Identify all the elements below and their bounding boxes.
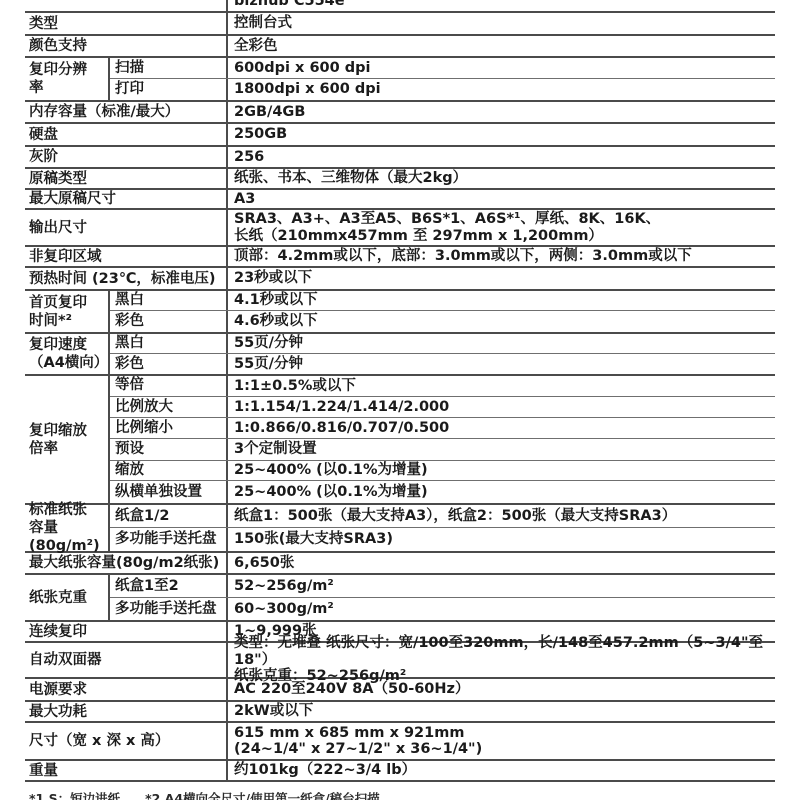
spec-label: 颜色支持 — [25, 36, 228, 56]
spec-label: 尺寸（宽 x 深 x 高） — [25, 723, 228, 759]
spec-subrows: 扫描600dpi x 600 dpi打印1800dpi x 600 dpi — [110, 58, 775, 100]
spec-label: 预热时间 (23℃，标准电压) — [25, 268, 228, 289]
spec-label: 自动双面器 — [25, 643, 228, 677]
spec-subrow: 纵横单独设置25~400% (以0.1%为增量) — [110, 481, 775, 503]
spec-sublabel: 彩色 — [110, 311, 228, 332]
spec-value: 1:1±0.5%或以下 — [228, 376, 775, 396]
spec-row: 复印缩放 倍率等倍1:1±0.5%或以下比例放大1:1.154/1.224/1.… — [25, 376, 775, 505]
spec-subrow: 纸盒1至252~256g/m² — [110, 575, 775, 598]
spec-row: bizhub C554e — [25, 0, 775, 13]
spec-row: 电源要求AC 220至240V 8A（50-60Hz） — [25, 679, 775, 702]
spec-value: 4.6秒或以下 — [228, 311, 775, 332]
spec-subrow: 彩色4.6秒或以下 — [110, 311, 775, 332]
spec-row: 输出尺寸SRA3、A3+、A3至A5、B6S*1、A6S*¹、厚纸、8K、16K… — [25, 210, 775, 247]
spec-sublabel: 比例缩小 — [110, 418, 228, 438]
spec-sublabel: 比例放大 — [110, 397, 228, 418]
spec-sublabel: 多功能手送托盘 — [110, 528, 228, 551]
spec-value: 6,650张 — [228, 553, 775, 573]
spec-value: 2kW或以下 — [228, 702, 775, 721]
spec-subrow: 比例放大1:1.154/1.224/1.414/2.000 — [110, 397, 775, 419]
spec-label — [25, 0, 228, 11]
spec-value: 全彩色 — [228, 36, 775, 56]
spec-value: AC 220至240V 8A（50-60Hz） — [228, 679, 775, 700]
spec-value: 纸张、书本、三维物体（最大2kg） — [228, 169, 775, 188]
spec-value: 615 mm x 685 mm x 921mm (24~1/4" x 27~1/… — [228, 723, 775, 759]
spec-row: 灰阶256 — [25, 147, 775, 169]
spec-subrow: 多功能手送托盘150张(最大支持SRA3) — [110, 528, 775, 551]
spec-value: 1800dpi x 600 dpi — [228, 79, 775, 100]
spec-value: 控制台式 — [228, 13, 775, 34]
spec-label: 复印速度 （A4横向） — [25, 334, 110, 374]
spec-label: 电源要求 — [25, 679, 228, 700]
spec-row: 尺寸（宽 x 深 x 高）615 mm x 685 mm x 921mm (24… — [25, 723, 775, 761]
spec-label: 首页复印 时间*² — [25, 291, 110, 332]
spec-value: 25~400% (以0.1%为增量) — [228, 461, 775, 481]
spec-value: 25~400% (以0.1%为增量) — [228, 481, 775, 503]
footnote: *1 S：短边进纸 *2 A4横向全尺寸/使用第一纸盒/稿台扫描 — [29, 789, 380, 800]
spec-row: 类型控制台式 — [25, 13, 775, 36]
spec-label: 最大原稿尺寸 — [25, 190, 228, 208]
spec-row: 重量约101kg（222~3/4 lb） — [25, 761, 775, 782]
spec-label: 重量 — [25, 761, 228, 780]
spec-row: 复印分辨 率扫描600dpi x 600 dpi打印1800dpi x 600 … — [25, 58, 775, 102]
spec-value: 1:0.866/0.816/0.707/0.500 — [228, 418, 775, 438]
spec-row: 自动双面器类型：无堆叠 纸张尺寸：宽/100至320mm，长/148至457.2… — [25, 643, 775, 679]
spec-sublabel: 预设 — [110, 439, 228, 460]
spec-label: 输出尺寸 — [25, 210, 228, 245]
spec-label: 标准纸张 容量(80g/m²) — [25, 505, 110, 551]
spec-row: 非复印区域顶部：4.2mm或以下，底部：3.0mm或以下，两侧：3.0mm或以下 — [25, 247, 775, 268]
spec-sublabel: 多功能手送托盘 — [110, 598, 228, 620]
spec-value: 1:1.154/1.224/1.414/2.000 — [228, 397, 775, 418]
spec-subrows: 纸盒1/2纸盒1：500张（最大支持A3），纸盒2：500张（最大支持SRA3）… — [110, 505, 775, 551]
spec-row: 首页复印 时间*²黑白4.1秒或以下彩色4.6秒或以下 — [25, 291, 775, 334]
spec-value: 类型：无堆叠 纸张尺寸：宽/100至320mm，长/148至457.2mm（5~… — [228, 643, 775, 677]
spec-subrows: 纸盒1至252~256g/m²多功能手送托盘60~300g/m² — [110, 575, 775, 620]
spec-subrow: 黑白55页/分钟 — [110, 334, 775, 354]
spec-value: 52~256g/m² — [228, 575, 775, 597]
spec-row: 内存容量（标准/最大）2GB/4GB — [25, 102, 775, 124]
spec-row: 原稿类型纸张、书本、三维物体（最大2kg） — [25, 169, 775, 190]
spec-row: 颜色支持全彩色 — [25, 36, 775, 58]
spec-label: 最大功耗 — [25, 702, 228, 721]
spec-label: 硬盘 — [25, 124, 228, 145]
spec-subrow: 缩放25~400% (以0.1%为增量) — [110, 461, 775, 482]
spec-value: 150张(最大支持SRA3) — [228, 528, 775, 551]
spec-label: 非复印区域 — [25, 247, 228, 266]
spec-value: 55页/分钟 — [228, 354, 775, 374]
spec-row: 复印速度 （A4横向）黑白55页/分钟彩色55页/分钟 — [25, 334, 775, 376]
spec-subrows: 黑白4.1秒或以下彩色4.6秒或以下 — [110, 291, 775, 332]
spec-row: 最大纸张容量(80g/m2纸张)6,650张 — [25, 553, 775, 575]
spec-value: 55页/分钟 — [228, 334, 775, 353]
spec-sublabel: 黑白 — [110, 334, 228, 353]
spec-value: 256 — [228, 147, 775, 167]
spec-sublabel: 缩放 — [110, 461, 228, 481]
spec-row: 最大原稿尺寸A3 — [25, 190, 775, 210]
spec-value: 2GB/4GB — [228, 102, 775, 122]
spec-subrow: 打印1800dpi x 600 dpi — [110, 79, 775, 100]
spec-subrows: 等倍1:1±0.5%或以下比例放大1:1.154/1.224/1.414/2.0… — [110, 376, 775, 503]
spec-label: 最大纸张容量(80g/m2纸张) — [25, 553, 228, 573]
spec-subrow: 彩色55页/分钟 — [110, 354, 775, 374]
spec-row: 最大功耗2kW或以下 — [25, 702, 775, 723]
spec-row: 标准纸张 容量(80g/m²)纸盒1/2纸盒1：500张（最大支持A3），纸盒2… — [25, 505, 775, 553]
spec-subrow: 扫描600dpi x 600 dpi — [110, 58, 775, 79]
spec-value: 250GB — [228, 124, 775, 145]
spec-value: bizhub C554e — [228, 0, 775, 11]
spec-subrow: 比例缩小1:0.866/0.816/0.707/0.500 — [110, 418, 775, 439]
spec-label: 内存容量（标准/最大） — [25, 102, 228, 122]
spec-label: 连续复印 — [25, 622, 228, 641]
spec-label: 复印分辨 率 — [25, 58, 110, 100]
spec-value: 4.1秒或以下 — [228, 291, 775, 310]
spec-label: 灰阶 — [25, 147, 228, 167]
spec-row: 预热时间 (23℃，标准电压)23秒或以下 — [25, 268, 775, 291]
spec-label: 纸张克重 — [25, 575, 110, 620]
spec-value: SRA3、A3+、A3至A5、B6S*1、A6S*¹、厚纸、8K、16K、 长纸… — [228, 210, 775, 245]
spec-subrow: 预设3个定制设置 — [110, 439, 775, 461]
spec-sublabel: 黑白 — [110, 291, 228, 310]
spec-sublabel: 纸盒1/2 — [110, 505, 228, 527]
spec-subrow: 纸盒1/2纸盒1：500张（最大支持A3），纸盒2：500张（最大支持SRA3） — [110, 505, 775, 528]
spec-subrow: 黑白4.1秒或以下 — [110, 291, 775, 311]
spec-sublabel: 纸盒1至2 — [110, 575, 228, 597]
spec-sublabel: 等倍 — [110, 376, 228, 396]
spec-label: 原稿类型 — [25, 169, 228, 188]
spec-table: bizhub C554e类型控制台式颜色支持全彩色复印分辨 率扫描600dpi … — [25, 0, 775, 782]
spec-value: 顶部：4.2mm或以下，底部：3.0mm或以下，两侧：3.0mm或以下 — [228, 247, 775, 266]
spec-label: 复印缩放 倍率 — [25, 376, 110, 503]
spec-subrow: 等倍1:1±0.5%或以下 — [110, 376, 775, 397]
spec-value: 纸盒1：500张（最大支持A3），纸盒2：500张（最大支持SRA3） — [228, 505, 775, 527]
spec-subrow: 多功能手送托盘60~300g/m² — [110, 598, 775, 620]
spec-value: 600dpi x 600 dpi — [228, 58, 775, 78]
spec-row: 纸张克重纸盒1至252~256g/m²多功能手送托盘60~300g/m² — [25, 575, 775, 622]
spec-value: 约101kg（222~3/4 lb） — [228, 761, 775, 780]
spec-sublabel: 打印 — [110, 79, 228, 100]
spec-value: 23秒或以下 — [228, 268, 775, 289]
spec-value: 3个定制设置 — [228, 439, 775, 460]
spec-subrows: 黑白55页/分钟彩色55页/分钟 — [110, 334, 775, 374]
spec-sublabel: 彩色 — [110, 354, 228, 374]
spec-sublabel: 扫描 — [110, 58, 228, 78]
spec-label: 类型 — [25, 13, 228, 34]
spec-sublabel: 纵横单独设置 — [110, 481, 228, 503]
spec-value: 60~300g/m² — [228, 598, 775, 620]
spec-row: 硬盘250GB — [25, 124, 775, 147]
spec-value: A3 — [228, 190, 775, 208]
